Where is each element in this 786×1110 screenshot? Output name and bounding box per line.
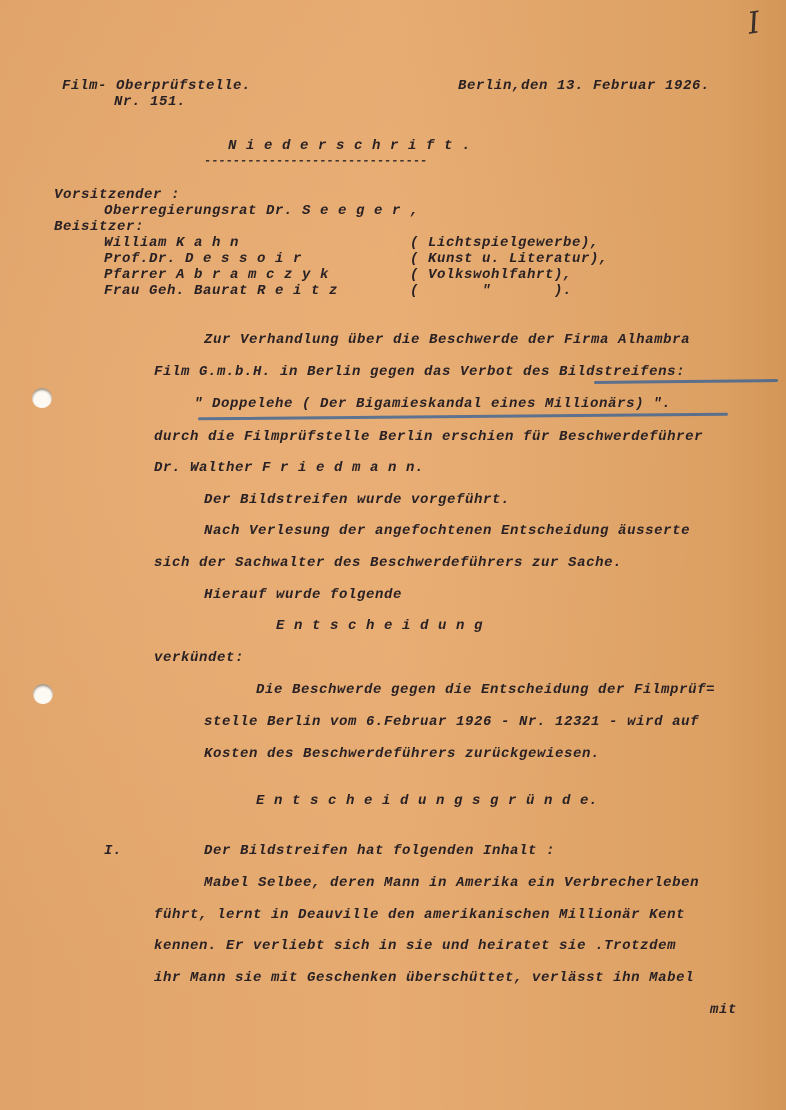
assessor-name: William K a h n bbox=[104, 235, 239, 251]
film-title-line: " Doppelehe ( Der Bigamieskandal eines M… bbox=[194, 396, 671, 412]
chair-label: Vorsitzender : bbox=[54, 187, 180, 203]
decision-line: stelle Berlin vom 6.Februar 1926 - Nr. 1… bbox=[204, 714, 699, 730]
body-line: Dr. Walther F r i e d m a n n. bbox=[154, 460, 424, 476]
section-number: I. bbox=[104, 843, 122, 859]
office-name: Film- Oberprüfstelle. bbox=[62, 78, 251, 94]
page-continuation: mit bbox=[710, 1002, 737, 1018]
body-line: durch die Filmprüfstelle Berlin erschien… bbox=[154, 429, 703, 445]
section-line: führt, lernt in Deauville den amerikanis… bbox=[154, 907, 685, 923]
assessor-field: ( Volkswohlfahrt), bbox=[410, 267, 572, 283]
decision-line: Kosten des Beschwerdeführers zurückgewie… bbox=[204, 746, 600, 762]
assessor-field: ( " ). bbox=[410, 283, 572, 299]
assessor-field: ( Kunst u. Literatur), bbox=[410, 251, 608, 267]
decision-heading: E n t s c h e i d u n g bbox=[276, 618, 483, 634]
reasons-heading: E n t s c h e i d u n g s g r ü n d e. bbox=[256, 793, 598, 809]
place-date: Berlin,den 13. Februar 1926. bbox=[458, 78, 710, 94]
section-line: ihr Mann sie mit Geschenken überschüttet… bbox=[154, 970, 694, 986]
document-number: Nr. 151. bbox=[114, 94, 186, 110]
body-line: Hierauf wurde folgende bbox=[204, 587, 402, 603]
punch-hole-top bbox=[32, 388, 52, 408]
section-line: Der Bildstreifen hat folgenden Inhalt : bbox=[204, 843, 555, 859]
decision-line: Die Beschwerde gegen die Entscheidung de… bbox=[256, 682, 715, 698]
assessors-label: Beisitzer: bbox=[54, 219, 144, 235]
body-line: sich der Sachwalter des Beschwerdeführer… bbox=[154, 555, 622, 571]
section-line: Mabel Selbee, deren Mann in Amerika ein … bbox=[204, 875, 699, 891]
body-line: Film G.m.b.H. in Berlin gegen das Verbot… bbox=[154, 364, 685, 380]
assessor-name: Pfarrer A b r a m c z y k bbox=[104, 267, 329, 283]
body-line: Zur Verhandlung über die Beschwerde der … bbox=[204, 332, 690, 348]
document-title: N i e d e r s c h r i f t . bbox=[228, 138, 471, 154]
assessor-name: Frau Geh. Baurat R e i t z bbox=[104, 283, 338, 299]
body-line: Nach Verlesung der angefochtenen Entsche… bbox=[204, 523, 690, 539]
body-line: Der Bildstreifen wurde vorgeführt. bbox=[204, 492, 510, 508]
section-line: kennen. Er verliebt sich in sie und heir… bbox=[154, 938, 676, 954]
chair-name: Oberregierungsrat Dr. S e e g e r , bbox=[104, 203, 419, 219]
announced-label: verkündet: bbox=[154, 650, 244, 666]
assessor-field: ( Lichtspielgewerbe), bbox=[410, 235, 599, 251]
title-rule: ------------------------------- bbox=[204, 154, 427, 168]
punch-hole-bottom bbox=[33, 684, 53, 704]
assessor-name: Prof.Dr. D e s s o i r bbox=[104, 251, 302, 267]
